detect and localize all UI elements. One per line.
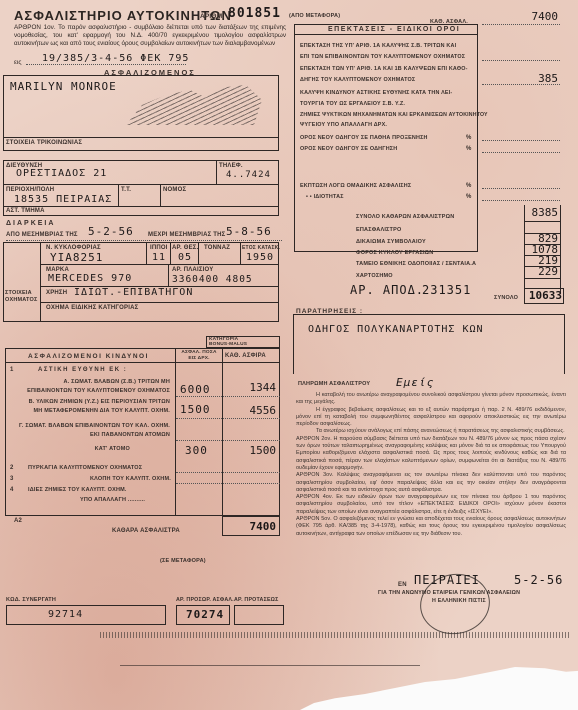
policy-number-value: 801851 (228, 6, 281, 21)
risk-amount: 1500 (180, 403, 211, 416)
term-unit: % (466, 146, 472, 152)
risk-premium: 1344 (224, 381, 276, 394)
year-label: ΕΤΟΣ ΚΑΤΑΣΚ. (242, 245, 280, 251)
phone-label: ΤΗΛΕΦ. (219, 163, 243, 169)
col-net-premium: ΚΑΘ. ΑΣΦΙΡΑ (225, 353, 266, 359)
gazette-reference: 19/385/3-4-56 ΦΕΚ 795 (42, 53, 189, 64)
receipt-number-value: 231351 (422, 283, 471, 297)
hp-label: ΙΠΠΟΙ (150, 245, 168, 251)
discount-label: ΕΚΠΤΩΣΗ ΛΟΓΩ ΟΜΑΔΙΚΗΣ ΑΣΦΑΛΙΣΗΣ (300, 183, 411, 189)
col-insured-amount: ΑΣΦΑΛ. ΠΟΣΑ ΕΙΣ ΔΡΧ. (178, 350, 220, 361)
risk-amount: 300 (185, 444, 208, 457)
provisional-number-label: ΑΡ. ΠΡΟΣΩΡ. ΑΣΦΑΛ. (176, 597, 234, 603)
risk-num: 3 (10, 476, 14, 482)
perforation-strip (100, 632, 570, 638)
risk-text: ΚΛΟΠΗ ΤΟΥ ΚΑΛΥΠΤ. ΟΧΗΜ. (28, 476, 171, 482)
special-category-label: ΟΧΗΜΑ ΕΙΔΙΚΗΣ ΚΑΤΗΓΟΡΙΑΣ (46, 305, 138, 311)
grand-total-value: 10633 (524, 289, 562, 302)
address-value: ΟΡΕΣΤΙΑΔΟΣ 21 (16, 168, 107, 179)
risk-text: ΥΠΟ ΑΠΑΛΛΑΓΗ .......... (80, 497, 145, 503)
carry-from-value: 7400 (500, 10, 558, 23)
vehicle-section-label: ΣΤΟΙΧΕΙΑ ΟΧΗΜΑΤΟΣ (5, 290, 39, 304)
net-premium-value: 7400 (224, 520, 276, 533)
legal-paragraph: ΑΡΘΡΟΝ 5ον. Ο ασφαλιζόμενος τελεί εν γνώ… (296, 516, 566, 538)
article-1-text: ΑΡΘΡΟΝ 1ον. Το παρόν ασφαλιστήριο - συμβ… (14, 24, 286, 48)
carry-forward-label: (ΣΕ ΜΕΤΑΦΟΡΑ) (160, 558, 206, 564)
extension-line: ΚΑΛΥΨΗ ΚΙΝΔΥΝΟΥ ΑΣΤΙΚΗΣ ΕΥΘΥΝΗΣ ΚΑΤΑ ΤΗΝ… (300, 90, 452, 96)
legal-paragraph: ΑΡΘΡΟΝ 2ον. Η παρούσα σύμβασις διέπεται … (296, 436, 566, 472)
torn-paper-edge (290, 655, 578, 710)
payment-signature: Εμείς (396, 376, 434, 389)
extension-line: ΕΠΕΚΤΑΣΗ ΤΗΣ ΥΠ' ΑΡΙΘ. 1Α ΚΑΛΥΨΗΣ Σ.Β. Τ… (300, 43, 456, 49)
police-dept-label: ΑΣΤ. ΤΜΗΜΑ (6, 208, 45, 214)
to-date: 5-8-56 (226, 225, 272, 238)
eis-label: εις (14, 58, 21, 67)
chassis-label: ΑΡ. ΠΛΑΙΣΙΟΥ (172, 267, 213, 273)
risk-num: 1 (10, 367, 14, 373)
use-label: ΧΡΗΣΗ (46, 290, 67, 296)
area-label: ΠΕΡΙΟΧΗ/ΠΟΛΗ (6, 187, 54, 193)
extension-line: ΕΠΕΚΤΑΣΗ ΤΩΝ ΥΠ' ΑΡΙΘ. 1Α ΚΑΙ 1Β ΚΑΛΥΨΕΩ… (300, 66, 468, 72)
insured-name: MARILYN MONROE (10, 80, 117, 93)
chassis-value: 3360400 4805 (172, 274, 253, 285)
insurance-policy-document: ΑΣΦΑΛΙΣΤΗΡΙΟ ΑΥΤΟΚΙΝΗΤΩΝ ΑΡΙΘΜ. 801851 Α… (0, 0, 578, 710)
risk-amount: 6000 (180, 383, 211, 396)
risk-text: ΚΑΤ' ΑΤΟΜΟ (18, 446, 170, 452)
totals-label: ΕΠΑΣΦΑΛΙΣΤΡΟ (356, 227, 401, 233)
term-label: ΟΡΟΣ ΝΕΟΥ ΟΔΗΓΟΥ ΣΕ ΟΔΗΓΗΣΗ (300, 146, 397, 152)
totals-label: ΤΑΜΕΙΟ ΕΘΝΙΚΗΣ ΟΔΟΠΟΙΙΑΣ / ΣΕΝΤΑΙΑ.Α (356, 261, 476, 267)
totals-label: ΦΟΡΟΣ ΚΥΚΛΟΥ ΕΡΓΑΣΙΩΝ (356, 250, 433, 256)
area-value: 18535 ΠΕΙΡΑΙΑΣ (14, 194, 112, 205)
make-value: MERCEDES 970 (48, 273, 132, 284)
signoff-en-label: ΕΝ (398, 582, 407, 588)
legal-paragraph: ΑΡΘΡΟΝ 3ον. Καλύψεις αναγραφόμεναι εις τ… (296, 472, 566, 494)
tk-label: Τ.Τ. (121, 187, 131, 193)
risk-premium: 1500 (224, 444, 276, 457)
agent-code-label: ΚΩΔ. ΣΥΝΕΡΓΑΤΗ (6, 597, 56, 603)
year-value: 1950 (246, 252, 274, 263)
totals-value: 8385 (500, 206, 558, 219)
totals-label: ΣΥΝΟΛΟ ΚΑΘΑΡΩΝ ΑΣΦΑΛΙΣΤΡΩΝ (356, 214, 454, 220)
risk-num: 2 (10, 465, 14, 471)
use-value: ΙΔΙΩΤ.-ΕΠΙΒΑΤΗΓΟΝ (74, 287, 193, 298)
term-unit: % (466, 135, 472, 141)
extension-line: ΔΗΓΗΣ ΤΟΥ ΚΑΛΥΠΤΟΜΕΝΟΥ ΟΧΗΜΑΤΟΣ (300, 77, 415, 83)
legal-paragraph: ΑΡΘΡΟΝ 4ον. Εκ των ειδικών όρων των αναγ… (296, 494, 566, 516)
extensions-title: ΕΠΕΚΤΑΣΕΙΣ - ΕΙΔΙΚΟΙ ΟΡΟΙ (328, 26, 460, 33)
legal-paragraph: Η έγγραφος βεβαίωσις ασφαλίσεως και το ε… (296, 407, 566, 429)
phone-value: 4..7424 (226, 170, 271, 180)
risk-text: Β. ΥΛΙΚΩΝ ΖΗΜΙΩΝ (Υ.Ζ.) ΕΙΣ ΠΕΡΙΟΥΣΙΑΝ Τ… (18, 398, 170, 416)
payment-label: ΠΛΗΡΩΜΗ ΑΣΦΑΛΙΣΤΡΟΥ (298, 381, 370, 387)
risk-premium: 4556 (224, 404, 276, 417)
legal-paragraph: Τα ανωτέρω ισχύουν ανάλογως επί πάσης αν… (296, 428, 566, 435)
extension-line: ΖΗΜΙΕΣ ΨΥΚΤΙΚΩΝ ΜΗΧΑΝΗΜΑΤΩΝ ΚΑΙ ΕΡΚΑΙΝΙΣ… (300, 112, 488, 118)
term-label: ΟΡΟΣ ΝΕΟΥ ΟΔΗΓΟΥ ΣΕ ΠΑΘΗΑ ΠΡΟΞΕΝΗΣΗ (300, 135, 428, 141)
risk-text: Γ. ΣΩΜΑΤ. ΒΛΑΒΩΝ ΕΠΙΒΑΙΝΟΝΤΩΝ ΤΟΥ ΚΑΛ. Ο… (18, 422, 170, 440)
occupation-label: ΣΤΟΙΧΕΙΑ ΤΡΙΚΟΙΝΩΝΙΑΣ (6, 140, 82, 146)
grand-total-label: ΣΥΝΟΛΟ (494, 295, 518, 301)
totals-value: 229 (500, 265, 558, 278)
risk-text: Α. ΣΩΜΑΤ. ΒΛΑΒΩΝ (Σ.Β.) ΤΡΙΤΩΝ ΜΗ ΕΠΙΒΑΙ… (18, 378, 170, 396)
signoff-date: 5-2-56 (514, 573, 563, 587)
proposal-number-box (234, 605, 284, 625)
totals-label: ΔΙΚΑΙΩΜΑ ΣΥΜΒΟΛΑΙΟΥ (356, 239, 426, 245)
form-code: Α2 (14, 518, 22, 524)
remarks-box (293, 314, 565, 374)
risks-table-title: ΑΣΦΑΛΙΖΟΜΕΝΟΙ ΚΙΝΔΥΝΟΙ (28, 353, 149, 360)
discount-unit: % (466, 183, 472, 189)
nomos-label: ΝΟΜΟΣ (163, 187, 186, 193)
agent-code-value: 92714 (48, 609, 83, 620)
provisional-number-value: 70274 (186, 608, 224, 621)
extension-line: ΕΠΙ ΤΩΝ ΕΠΙΒΑΙΝΟΝΤΩΝ ΤΟΥ ΚΑΛΥΠΤΟΜΕΝΟΥ ΟΧ… (300, 54, 465, 60)
tonnage-label: ΤΟΝΝΑΖ (204, 245, 230, 251)
risk-text: ΠΥΡΚΑΓΙΑ ΚΑΛΥΠΤΟΜΕΝΟΥ ΟΧΗΜΑΤΟΣ (28, 465, 142, 471)
net-premium-label: ΚΑΘΑΡΑ ΑΣΦΑΛΙΣΤΡΑ (112, 528, 180, 534)
extension-line: ΨΥΓΕΙΟΥ ΥΠΟ ΑΠΑΛΛΑΓΗ ΔΡΧ. (300, 122, 387, 128)
discount-label: • • ΙΔΙΟΤΗΤΑΣ (306, 194, 344, 200)
receipt-number-label: ΑΡ. ΑΠΟΔ. (350, 283, 424, 297)
risk-num: 4 (10, 487, 14, 493)
from-date: 5-2-56 (88, 225, 134, 238)
extension-line: ΤΟΥΡΓΙΑ ΤΟΥ ΩΣ ΕΡΓΑΛΕΙΟΥ Σ.Β. Υ.Ζ. (300, 101, 405, 107)
legal-paragraph: Η καταβολή του ανωτέρω αναγραφομένου συν… (296, 392, 566, 407)
duration-title: ΔΙΑΡΚΕΙΑ (6, 220, 55, 227)
risk-text: ΙΔΙΕΣ ΖΗΜΙΕΣ ΤΟΥ ΚΑΛΥΠΤ. ΟΧΗΜ. (28, 487, 127, 493)
legal-text-block: Η καταβολή του ανωτέρω αναγραφομένου συν… (296, 392, 566, 538)
risk-text: ΑΣΤΙΚΗ ΕΥΘΥΝΗ ΕΚ : (38, 367, 127, 373)
to-label: ΜΕΧΡΙ ΜΕΣΗΜΒΡΙΑΣ ΤΗΣ (148, 232, 225, 238)
plate-value: ΥΙΑ8251 (50, 251, 103, 264)
seats-value: 05 (178, 252, 192, 263)
from-label: ΑΠΟ ΜΕΣΗΜΒΡΙΑΣ ΤΗΣ (6, 232, 78, 238)
hp-value: 11 (152, 252, 166, 263)
totals-label: ΧΑΡΤΟΣΗΜΟ (356, 273, 393, 279)
discount-unit: % (466, 194, 472, 200)
agent-code-box (6, 605, 166, 625)
bonus-malus-label: ΚΑΤΗΓΟΡΙΑ BONUS-MALUS (209, 337, 253, 347)
carry-from-label: (ΑΠΟ ΜΕΤΑΦΟΡΑ) (289, 13, 340, 19)
policy-number-label: ΑΡΙΘΜ. (200, 13, 224, 20)
proposal-number-label: ΑΡ. ΠΡΟΤΑΣΕΩΣ (234, 597, 279, 603)
seats-label: ΑΡ. ΘΕΣ. (172, 245, 198, 251)
remarks-value: ΟΔΗΓΟΣ ΠΟΛΥΚΑΝΑΡΤΟΤΗΣ ΚΩΝ (308, 324, 484, 335)
